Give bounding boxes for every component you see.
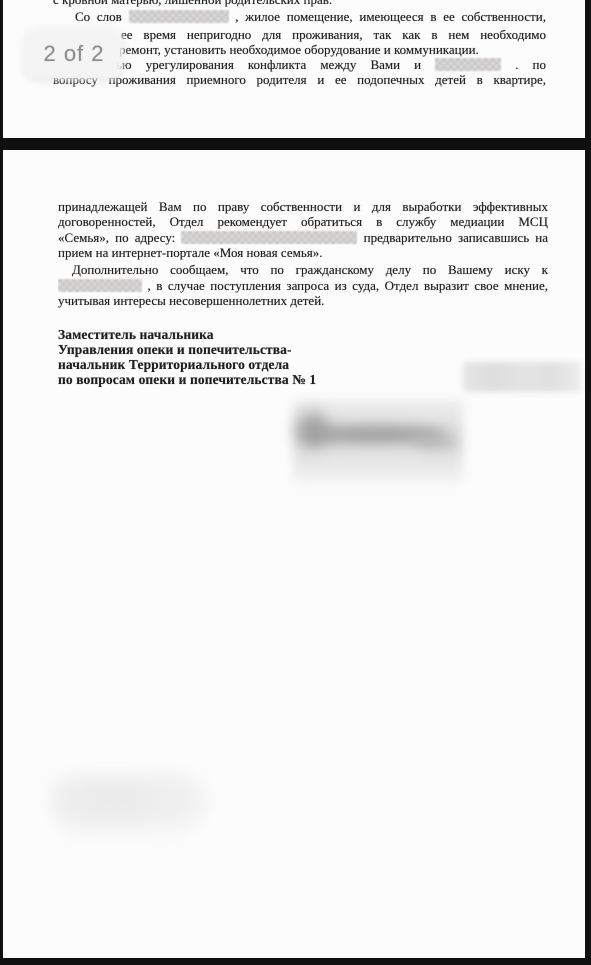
page1-line-3: ее время непригодно для проживания, так … bbox=[121, 27, 546, 43]
signature-blur-tail bbox=[413, 436, 459, 448]
redaction-name-inline bbox=[435, 58, 501, 71]
redaction-address-inline bbox=[181, 231, 357, 244]
page2-para2-line-1: Дополнительно сообщаем, что по гражданск… bbox=[58, 262, 548, 278]
page1-line-2: Со слов , жилое помещение, имеющееся в е… bbox=[53, 9, 546, 25]
handwritten-signature-blur bbox=[293, 400, 463, 482]
page2-para1-line-3: «Семья», по адресу: предварительно запис… bbox=[58, 230, 548, 246]
signature-block-line-4: по вопросам опеки и попечительства № 1 bbox=[58, 372, 316, 388]
redacted-official-name-blur bbox=[463, 362, 581, 392]
page2-para1-line-2: договоренностей, Отдел рекомендует обрат… bbox=[58, 214, 548, 230]
page1-line-6: вопросу проживания приемного родителя и … bbox=[53, 72, 546, 88]
page1-line-4: ремонт, установить необходимое оборудова… bbox=[119, 42, 546, 58]
redaction-name-inline bbox=[58, 279, 142, 292]
page1-line-5: ью урегулирования конфликта между Вами и… bbox=[116, 57, 546, 73]
page-indicator-badge: 2 of 2 bbox=[28, 32, 120, 76]
document-viewport[interactable]: с кровной матерью, лишенной родительских… bbox=[0, 0, 591, 965]
faint-stamp-blur bbox=[50, 772, 208, 834]
redaction-name-inline bbox=[129, 10, 229, 23]
signature-block-line-3: начальник Территориального отдела bbox=[58, 357, 289, 373]
document-page-2: принадлежащей Вам по праву собственности… bbox=[3, 150, 585, 958]
signature-block-line-1: Заместитель начальника bbox=[58, 327, 214, 343]
page-indicator-label: 2 of 2 bbox=[43, 41, 104, 67]
page2-para2-line-2: , в случае поступления запроса из суда, … bbox=[58, 278, 548, 294]
signature-block-line-2: Управления опеки и попечительства- bbox=[58, 342, 292, 358]
page2-para1-line-1: принадлежащей Вам по праву собственности… bbox=[58, 199, 548, 215]
page1-clipped-line: с кровной матерью, лишенной родительских… bbox=[53, 0, 332, 8]
page2-para1-line-4: прием на интернет-портале «Моя новая сем… bbox=[58, 245, 548, 261]
page2-para2-line-3: учитывая интересы несовершеннолетних дет… bbox=[58, 293, 548, 309]
